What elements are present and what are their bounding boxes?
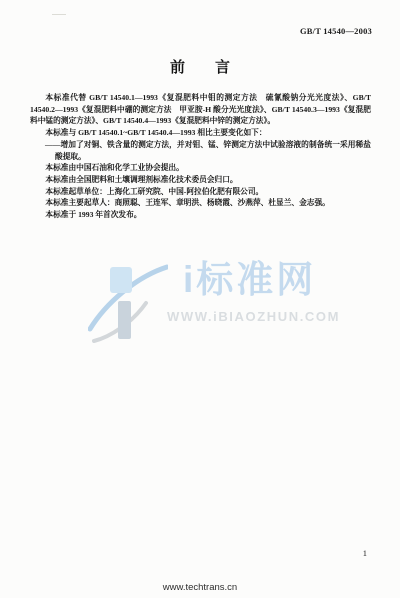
watermark: i标准网 WWW.iBIAOZHUN.COM [0,245,400,350]
page-title: 前 言 [0,56,400,77]
paragraph-drafters: 本标准主要起草人：商照聪、王连军、章明洪、杨晓霞、沙燕萍、杜显兰、金志强。 [30,197,371,209]
document-page: GB/T 14540—2003 前 言 本标准代替 GB/T 14540.1—1… [0,0,400,598]
paragraph-centralized-by: 本标准由全国肥料和土壤调理剂标准化技术委员会归口。 [30,174,371,186]
scan-artifact [52,14,66,15]
standard-number: GB/T 14540—2003 [300,26,372,36]
watermark-site-url: WWW.iBIAOZHUN.COM [167,309,340,324]
page-number: 1 [363,548,367,558]
foreword-body: 本标准代替 GB/T 14540.1—1993《复混肥料中钼的测定方法 硫氰酸钠… [30,92,371,221]
paragraph-proposed-by: 本标准由中国石油和化学工业协会提出。 [30,162,371,174]
paragraph-change-item: ——增加了对铜、铁含量的测定方法，并对钼、锰、锌测定方法中试验溶液的制备统一采用… [30,139,371,162]
footer-url: www.techtrans.cn [0,582,400,593]
paragraph-first-published: 本标准于 1993 年首次发布。 [30,209,371,221]
paragraph-changes-intro: 本标准与 GB/T 14540.1~GB/T 14540.4—1993 相比主要… [30,127,371,139]
paragraph-replacement-statement: 本标准代替 GB/T 14540.1—1993《复混肥料中钼的测定方法 硫氰酸钠… [30,92,371,127]
paragraph-drafting-units: 本标准起草单位：上海化工研究院、中国-阿拉伯化肥有限公司。 [30,186,371,198]
watermark-site-name: i标准网 [183,261,316,299]
ibiaozhun-logo-icon [88,255,168,343]
